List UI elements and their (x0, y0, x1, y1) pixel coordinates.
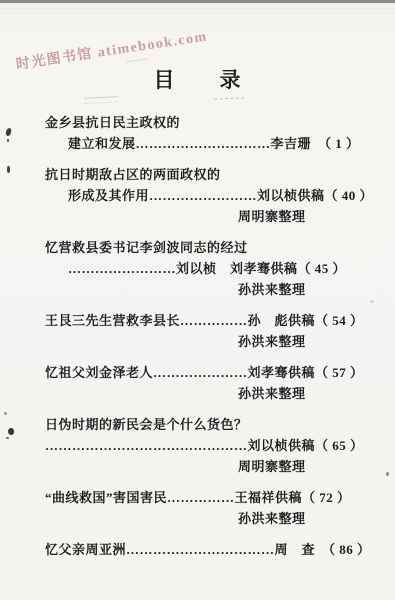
toc-line-head: 忆父亲周亚洲……………………………周 查 （ 86 ） (45, 539, 383, 560)
toc-entry: 忆祖父刘金泽老人…………………刘孝骞供稿（ 57 ）孙洪来整理 (45, 362, 383, 404)
scan-artifact (7, 166, 10, 173)
toc-entry: 王艮三先生营救李县长……………孙 彪供稿（ 54 ）孙洪来整理 (45, 310, 383, 352)
scan-edge-strip (0, 0, 395, 3)
toc-entry: “曲线救国”害国害民……………王福祥供稿（ 72 ）孙洪来整理 (45, 487, 383, 529)
toc-line-credit: 孙洪来整理 (45, 383, 383, 404)
toc-entries: 金乡县抗日民主政权的建立和发展…………………………李吉珊 （ 1 ）抗日时期敌占… (45, 112, 383, 570)
toc-line-credit: 孙洪来整理 (45, 508, 383, 529)
scan-artifact (6, 437, 9, 439)
toc-line-credit: 周明寨整理 (45, 456, 383, 477)
toc-line-head: “曲线救国”害国害民……………王福祥供稿（ 72 ） (45, 487, 383, 508)
toc-entry: 忆营救县委书记李剑波同志的经过……………………刘以桢 刘孝骞供稿（ 45 ）孙洪… (45, 237, 383, 300)
toc-line-credit: 周明寨整理 (45, 206, 383, 227)
toc-line-head: 日伪时期的新民会是个什么货色？ (45, 414, 383, 435)
toc-entry: 忆父亲周亚洲……………………………周 查 （ 86 ） (45, 539, 383, 560)
scan-artifact (84, 96, 118, 104)
toc-line-head: 忆祖父刘金泽老人…………………刘孝骞供稿（ 57 ） (45, 362, 383, 383)
toc-line-full: ………………………………………刘以桢供稿（ 65 ） (45, 435, 383, 456)
scan-artifact (7, 428, 14, 436)
scan-edge-line (0, 8, 395, 9)
toc-line-credit: 孙洪来整理 (45, 331, 383, 352)
toc-entry: 金乡县抗日民主政权的建立和发展…………………………李吉珊 （ 1 ） (45, 112, 383, 154)
toc-line-indent: 建立和发展…………………………李吉珊 （ 1 ） (45, 133, 383, 154)
toc-entry: 日伪时期的新民会是个什么货色？………………………………………刘以桢供稿（ 65 … (45, 414, 383, 477)
toc-line-indent: ……………………刘以桢 刘孝骞供稿（ 45 ） (45, 258, 383, 279)
scan-artifact (5, 128, 12, 137)
scanned-toc-page: 时光图书馆 atimebook.com 目 录 金乡县抗日民主政权的建立和发展…… (0, 0, 395, 600)
toc-line-head: 抗日时期敌占区的两面政权的 (45, 164, 383, 185)
toc-line-head: 忆营救县委书记李剑波同志的经过 (45, 237, 383, 258)
toc-entry: 抗日时期敌占区的两面政权的形成及其作用……………………刘以桢供稿（ 40 ）周明… (45, 164, 383, 227)
scan-artifact (7, 139, 9, 142)
toc-line-indent: 形成及其作用……………………刘以桢供稿（ 40 ） (45, 185, 383, 206)
page-title: 目 录 (0, 64, 395, 94)
toc-line-head: 金乡县抗日民主政权的 (45, 112, 383, 133)
toc-line-credit: 孙洪来整理 (45, 279, 383, 300)
scan-artifact (4, 412, 7, 415)
toc-line-head: 王艮三先生营救李县长……………孙 彪供稿（ 54 ） (45, 310, 383, 331)
scan-artifact (386, 472, 389, 476)
